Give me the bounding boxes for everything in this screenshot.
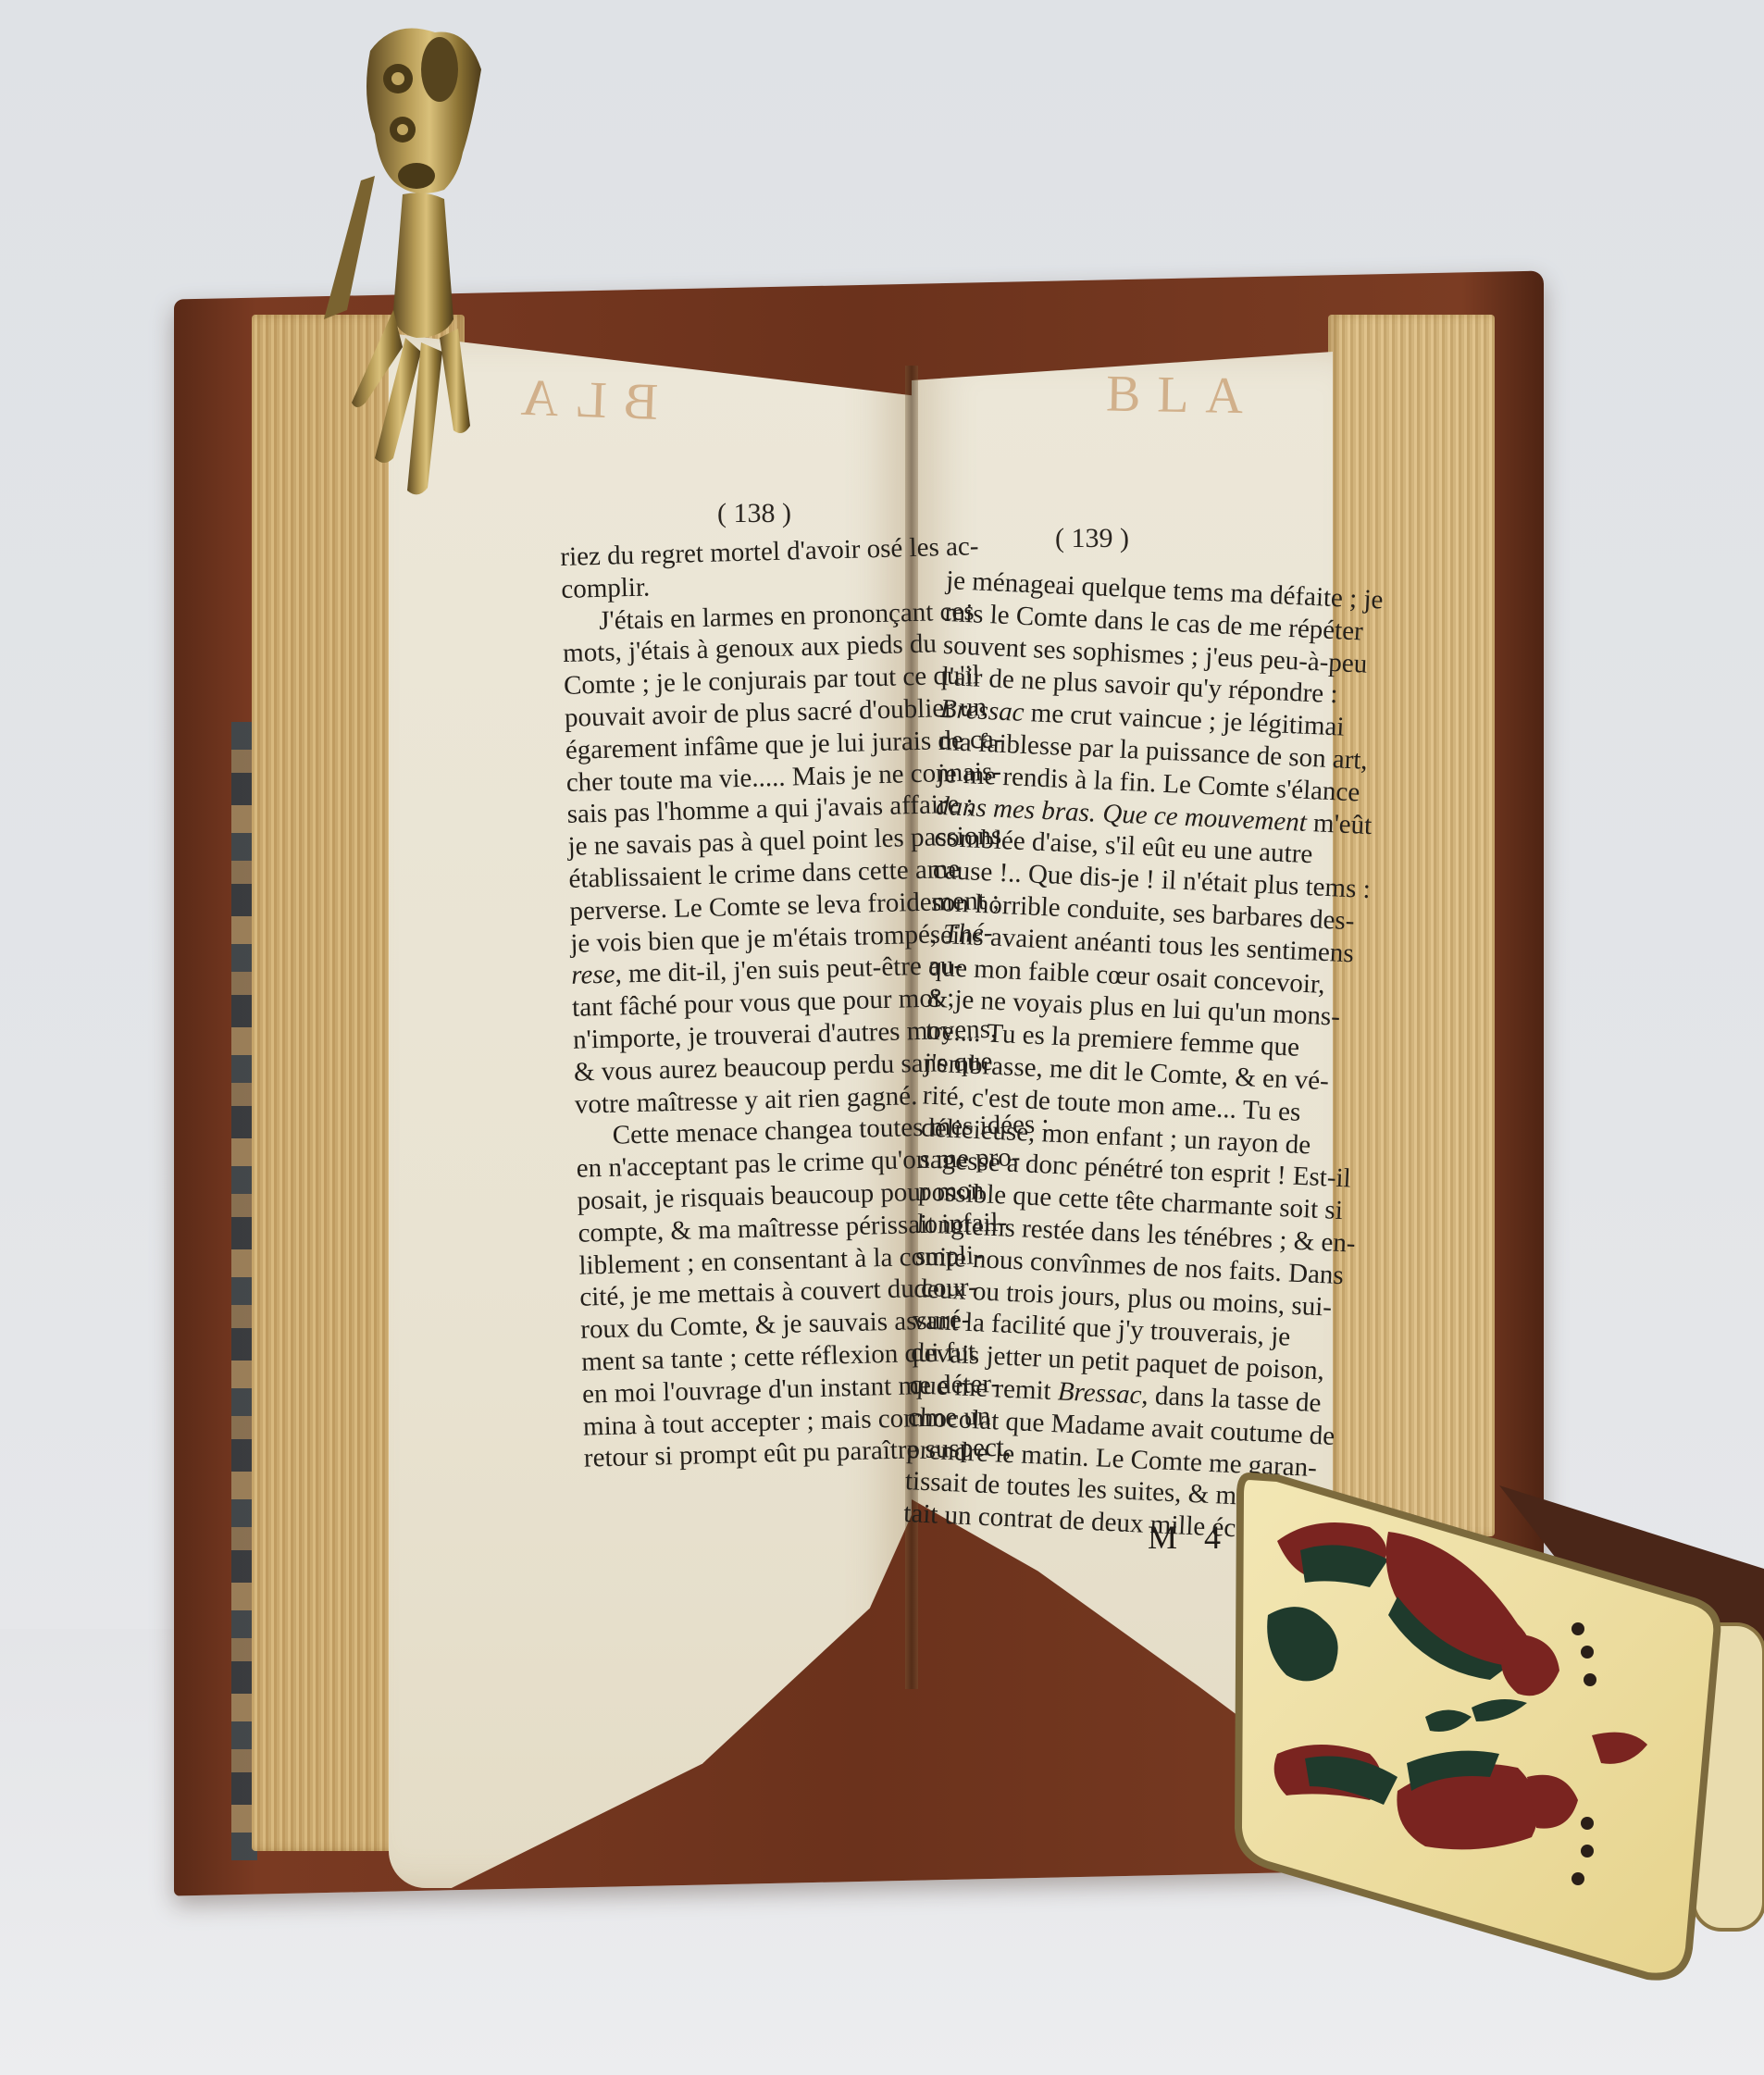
page-number-right: ( 139 ) (1055, 523, 1129, 554)
page-number-left: ( 138 ) (717, 498, 791, 529)
brass-hand-clip-icon (305, 14, 537, 504)
enamel-box-icon (1212, 1458, 1764, 2032)
bleed-through-stamp-right: BLA (1105, 365, 1260, 427)
right-page-text: je ménageai quelque tems ma défaite ; je… (903, 565, 1385, 1549)
